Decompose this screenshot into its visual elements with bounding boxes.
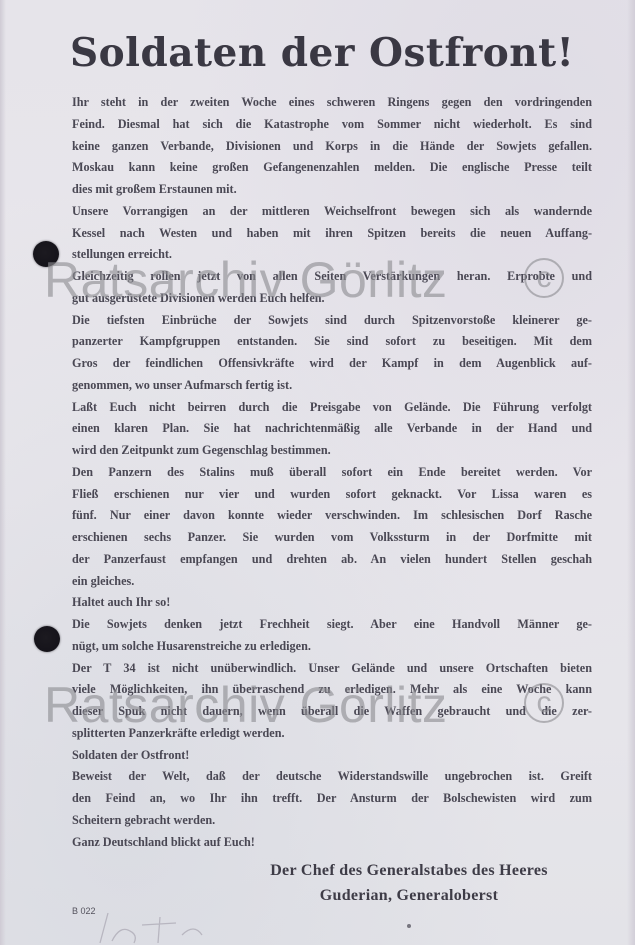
body-line: stellungen erreicht. xyxy=(72,244,592,266)
body-line: Feind. Diesmal hat sich die Katastrophe … xyxy=(72,114,592,136)
copyright-icon: c xyxy=(524,683,564,723)
body-line: panzerter Kampfgruppen entstanden. Sie s… xyxy=(72,331,592,353)
paper-edge-right xyxy=(627,0,635,945)
body-line: den Feind an, wo Ihr ihn trefft. Der Ans… xyxy=(72,788,592,810)
body-line: Kessel nach Westen und haben mit ihren S… xyxy=(72,223,592,245)
body-line: Die Sowjets denken jetzt Frechheit siegt… xyxy=(72,614,592,636)
signature-title: Der Chef des Generalstabes des Heeres xyxy=(228,858,590,883)
body-line: Den Panzern des Stalins muß überall sofo… xyxy=(72,462,592,484)
body-line: Gros der feindlichen Offensivkräfte wird… xyxy=(72,353,592,375)
pencil-scribble-icon xyxy=(90,905,210,945)
document-sheet: Soldaten der Ostfront! Ihr steht in der … xyxy=(0,0,635,945)
body-line: nügt, um solche Husarenstreiche zu erled… xyxy=(72,636,592,658)
body-line: Die tiefsten Einbrüche der Sowjets sind … xyxy=(72,310,592,332)
body-line: dies mit großem Erstaunen mit. xyxy=(72,179,592,201)
body-line: Fließ erschienen nur vier und wurden sof… xyxy=(72,484,592,506)
body-line: Unsere Vorrangigen an der mittleren Weic… xyxy=(72,201,592,223)
body-line: Ganz Deutschland blickt auf Euch! xyxy=(72,832,592,854)
body-line: Moskau kann keine großen Gefangenenzahle… xyxy=(72,157,592,179)
body-line: Soldaten der Ostfront! xyxy=(72,745,592,767)
punch-hole-icon xyxy=(34,626,60,652)
punch-hole-icon xyxy=(33,241,59,267)
body-line: dieser Spuk nicht dauern, wenn überall d… xyxy=(72,701,592,723)
body-line: Scheitern gebracht werden. xyxy=(72,810,592,832)
body-line: keine ganzen Verbande, Divisionen und Ko… xyxy=(72,136,592,158)
body-line: der Panzerfaust empfangen und drehten ab… xyxy=(72,549,592,571)
body-line: Laßt Euch nicht beirren durch die Preisg… xyxy=(72,397,592,419)
signature-name: Guderian, Generaloberst xyxy=(228,883,590,908)
body-line: gut ausgerüstete Divisionen werden Euch … xyxy=(72,288,592,310)
body-line: Gleichzeitig rollen jetzt von allen Seit… xyxy=(72,266,592,288)
ink-dot xyxy=(407,924,411,928)
body-line: Beweist der Welt, daß der deutsche Wider… xyxy=(72,766,592,788)
body-line: viele Möglichkeiten, ihn überraschend zu… xyxy=(72,679,592,701)
body-line: einen klaren Plan. Sie hat nachrichtenmä… xyxy=(72,418,592,440)
body-line: genommen, wo unser Aufmarsch fertig ist. xyxy=(72,375,592,397)
body-line: Ihr steht in der zweiten Woche eines sch… xyxy=(72,92,592,114)
body-line: erschienen sechs Panzer. Sie wurden vom … xyxy=(72,527,592,549)
document-body: Ihr steht in der zweiten Woche eines sch… xyxy=(72,92,592,853)
paper-edge-left xyxy=(0,0,6,945)
signature-block: Der Chef des Generalstabes des Heeres Gu… xyxy=(228,858,590,908)
body-line: Haltet auch Ihr so! xyxy=(72,592,592,614)
body-line: fünf. Nur einer davon konnte wieder vers… xyxy=(72,505,592,527)
body-line: ein gleiches. xyxy=(72,571,592,593)
document-title: Soldaten der Ostfront! xyxy=(70,30,600,76)
body-line: wird den Zeitpunkt zum Gegenschlag besti… xyxy=(72,440,592,462)
copyright-icon: c xyxy=(524,258,564,298)
body-line: Der T 34 ist nicht unüberwindlich. Unser… xyxy=(72,658,592,680)
body-line: splitterten Panzerkräfte erledigt werden… xyxy=(72,723,592,745)
